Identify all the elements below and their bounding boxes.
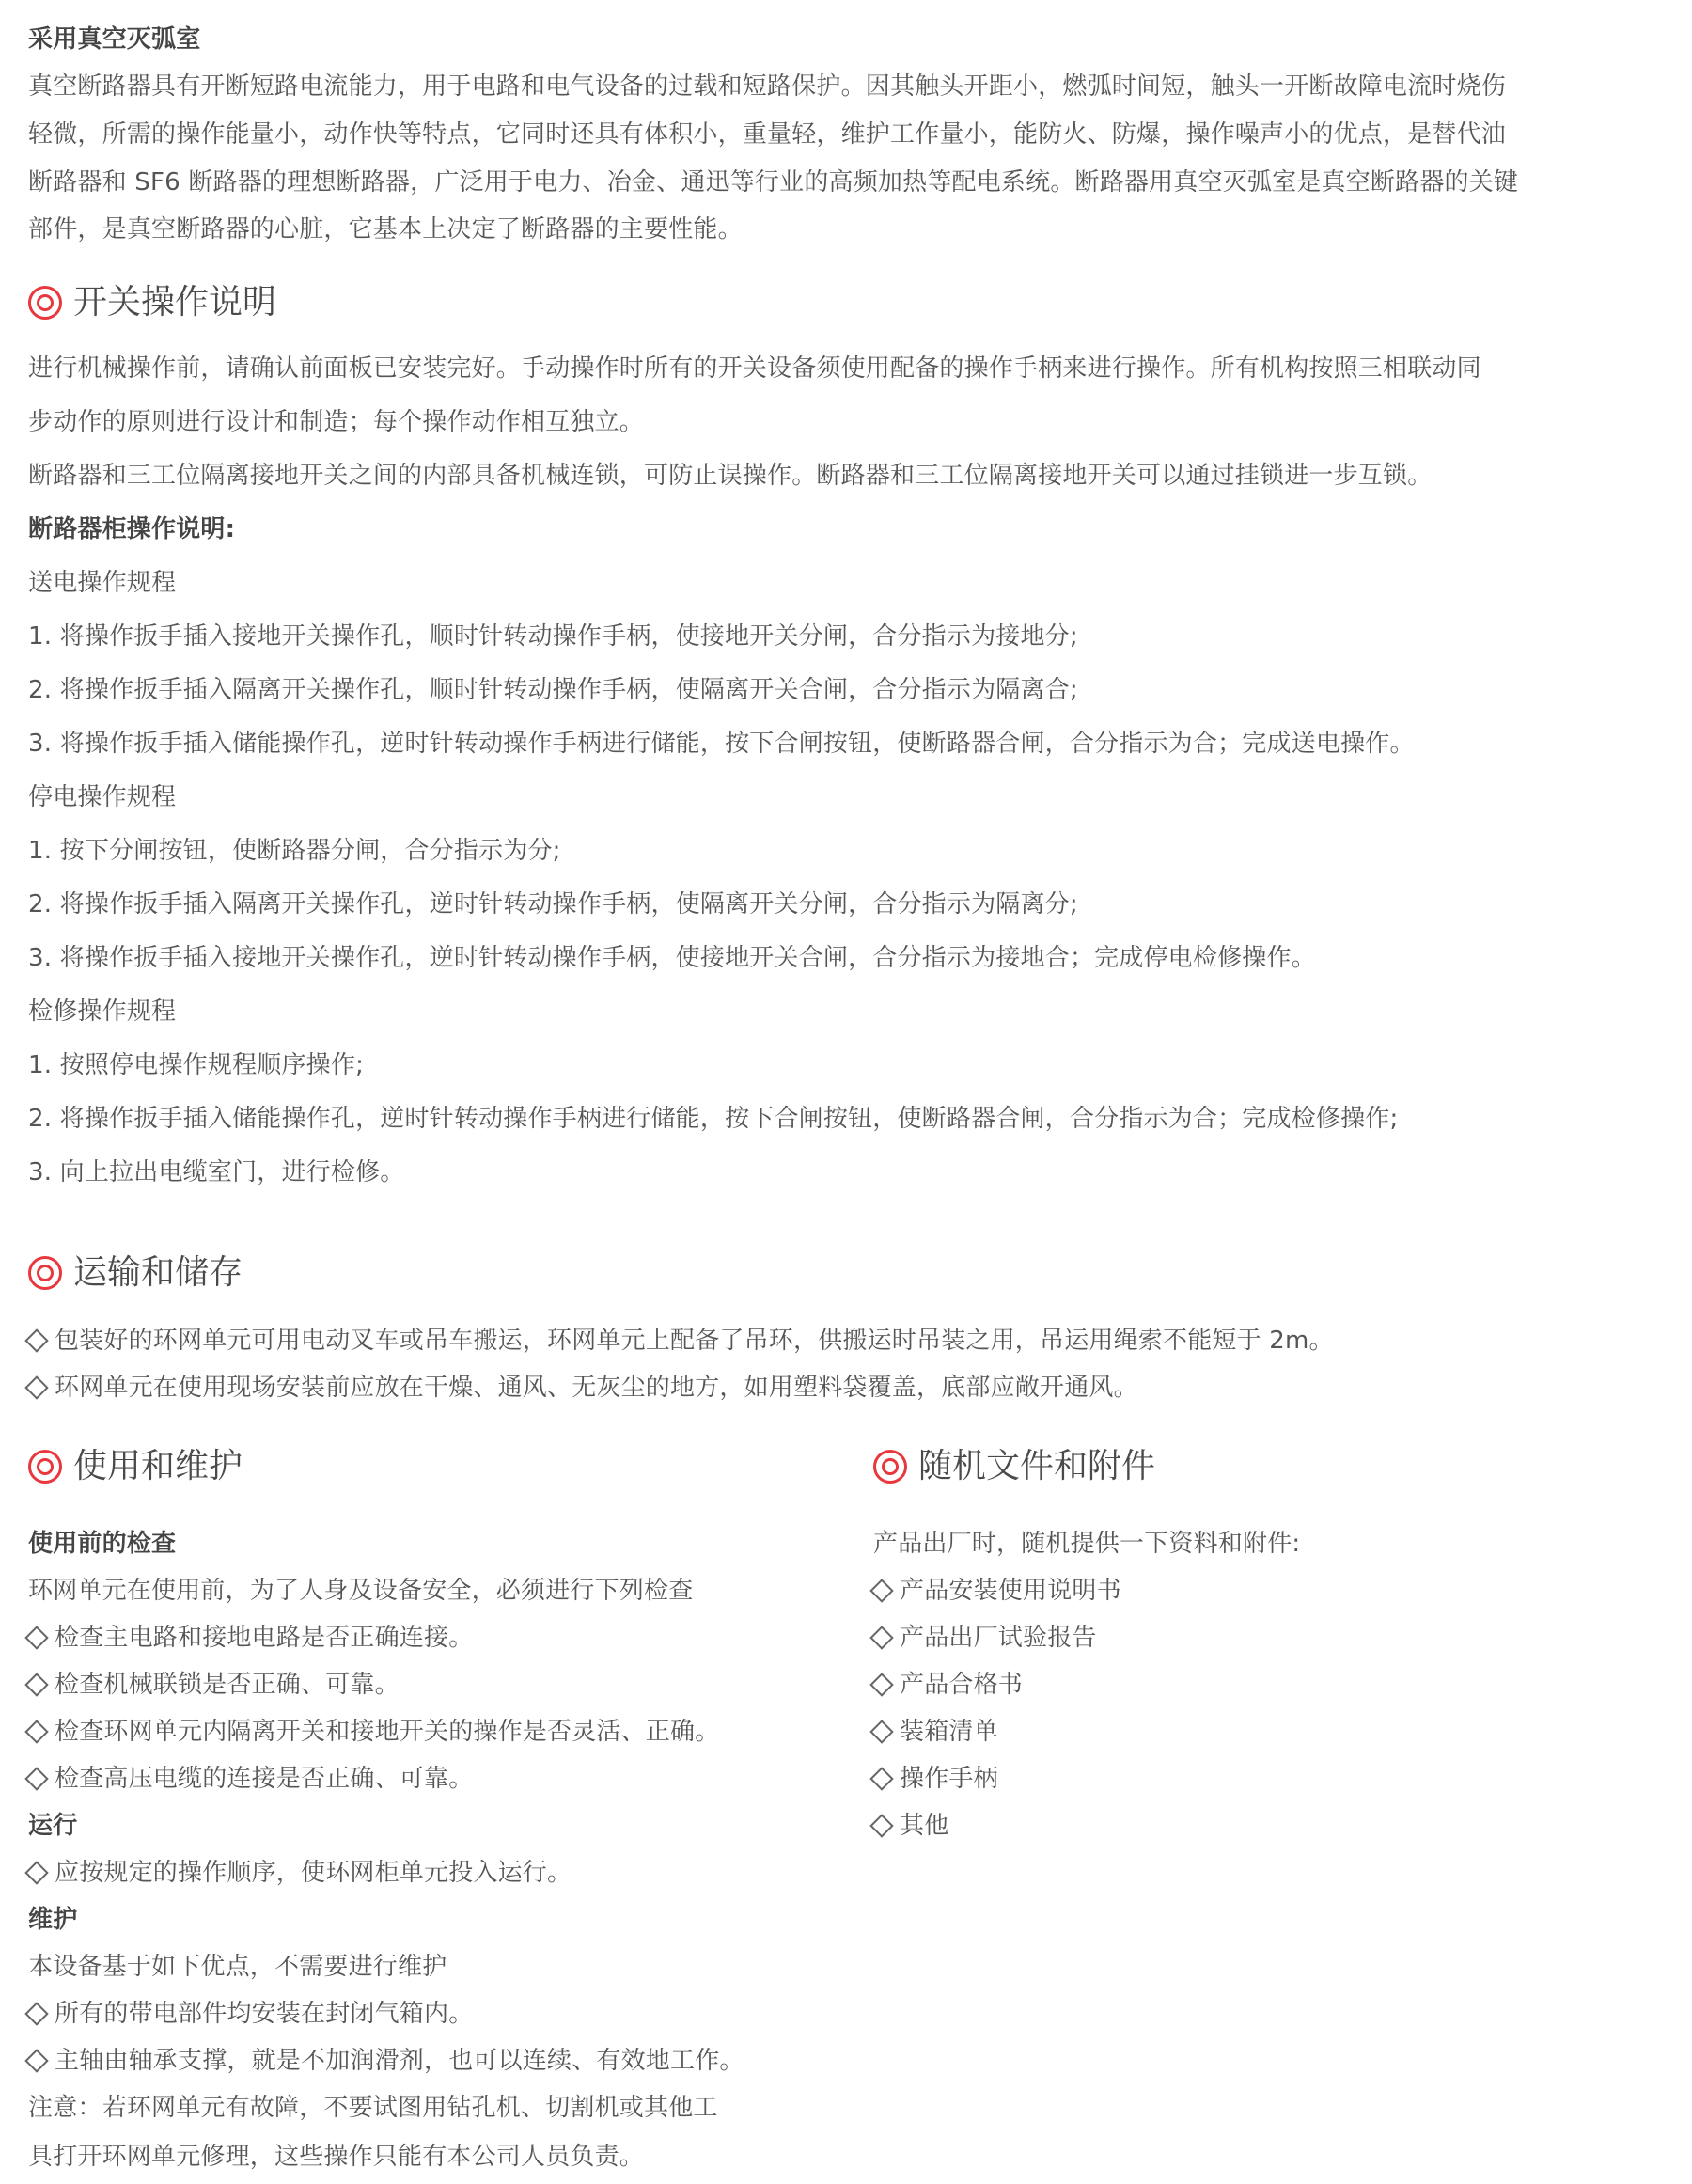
diamond-bullet-icon [24, 1328, 48, 1352]
double-circle-icon [28, 1256, 62, 1290]
accessory-item: 操作手柄 [868, 1764, 998, 1794]
diamond-bullet-icon [869, 1767, 893, 1790]
heading-text: 随机文件和附件 [918, 1446, 1155, 1487]
pre-check-item: 检查主电路和接地电路是否正确连接。 [23, 1623, 473, 1653]
double-circle-icon [28, 286, 62, 320]
intro-line: 轻微，所需的操作能量小，动作快等特点，它同时还具有体积小，重量轻，维护工作量小，… [28, 119, 1506, 149]
maintenance-title: 维护 [28, 1905, 77, 1935]
pre-check-item: 检查机械联锁是否正确、可靠。 [23, 1670, 399, 1700]
transport-item: 包装好的环网单元可用电动叉车或吊车搬运，环网单元上配备了吊环，供搬运时吊装之用，… [23, 1326, 1334, 1356]
power-on-step: 2. 将操作扳手插入隔离开关操作孔，顺时针转动操作手柄，使隔离开关合闸，合分指示… [28, 675, 1078, 705]
accessory-item: 产品合格书 [868, 1670, 1023, 1700]
accessory-item: 装箱清单 [868, 1717, 998, 1747]
section-heading-usage: 使用和维护 [28, 1446, 243, 1487]
diamond-bullet-icon [869, 1720, 893, 1743]
accessory-item: 产品安装使用说明书 [868, 1576, 1121, 1606]
interlock-paragraph: 断路器和三工位隔离接地开关之间的内部具备机械连锁，可防止误操作。断路器和三工位隔… [28, 461, 1432, 491]
power-on-step: 1. 将操作扳手插入接地开关操作孔，顺时针转动操作手柄，使接地开关分闸，合分指示… [28, 621, 1078, 652]
switch-ops-paragraph: 进行机械操作前，请确认前面板已安装完好。手动操作时所有的开关设备须使用配备的操作… [28, 354, 1481, 384]
power-off-step: 1. 按下分闸按钮，使断路器分闸，合分指示为分; [28, 836, 561, 866]
diamond-bullet-icon [24, 2002, 48, 2025]
diamond-bullet-icon [869, 1673, 893, 1696]
intro-line: 部件，是真空断路器的心脏，它基本上决定了断路器的主要性能。 [28, 214, 743, 244]
pre-check-intro: 环网单元在使用前，为了人身及设备安全，必须进行下列检查 [28, 1576, 693, 1606]
double-circle-icon [28, 1450, 62, 1484]
maintenance-item: 所有的带电部件均安装在封闭气箱内。 [23, 1999, 473, 2029]
maintenance-ops-step: 1. 按照停电操作规程顺序操作; [28, 1050, 364, 1080]
heading-text: 使用和维护 [73, 1446, 243, 1487]
heading-text: 运输和储存 [73, 1252, 243, 1294]
maintenance-intro: 本设备基于如下优点，不需要进行维护 [28, 1952, 446, 1982]
maintenance-note: 具打开环网单元修理，这些操作只能有本公司人员负责。 [28, 2142, 644, 2172]
diamond-bullet-icon [869, 1814, 893, 1837]
intro-line: 断路器和 SF6 断路器的理想断路器，广泛用于电力、冶金、通迅等行业的高频加热等… [28, 167, 1518, 197]
maintenance-ops-step: 3. 向上拉出电缆室门，进行检修。 [28, 1157, 404, 1187]
diamond-bullet-icon [24, 1720, 48, 1743]
power-on-title: 送电操作规程 [28, 568, 176, 598]
pre-check-item: 检查环网单元内隔离开关和接地开关的操作是否灵活、正确。 [23, 1717, 719, 1747]
diamond-bullet-icon [24, 1626, 48, 1649]
diamond-bullet-icon [869, 1579, 893, 1602]
diamond-bullet-icon [24, 1767, 48, 1790]
pre-check-title: 使用前的检查 [28, 1529, 176, 1559]
section-heading-switch-ops: 开关操作说明 [28, 282, 276, 323]
power-off-step: 2. 将操作扳手插入隔离开关操作孔，逆时针转动操作手柄，使隔离开关分闸，合分指示… [28, 889, 1078, 919]
maintenance-item: 主轴由轴承支撑，就是不加润滑剂，也可以连续、有效地工作。 [23, 2046, 744, 2076]
maintenance-note: 注意：若环网单元有故障，不要试图用钻孔机、切割机或其他工 [28, 2093, 718, 2123]
switch-ops-paragraph: 步动作的原则进行设计和制造；每个操作动作相互独立。 [28, 407, 644, 437]
power-on-step: 3. 将操作扳手插入储能操作孔，逆时针转动操作手柄进行储能，按下合闸按钮，使断路… [28, 729, 1415, 759]
section-heading-accessories: 随机文件和附件 [873, 1446, 1155, 1487]
section-heading-transport: 运输和储存 [28, 1252, 243, 1294]
diamond-bullet-icon [24, 1861, 48, 1884]
maintenance-ops-step: 2. 将操作扳手插入储能操作孔，逆时针转动操作手柄进行储能，按下合闸按钮，使断路… [28, 1104, 1398, 1134]
heading-text: 开关操作说明 [73, 282, 276, 323]
intro-line: 真空断路器具有开断短路电流能力，用于电路和电气设备的过载和短路保护。因其触头开距… [28, 71, 1506, 102]
diamond-bullet-icon [24, 1673, 48, 1696]
accessory-item: 其他 [868, 1811, 948, 1841]
accessories-intro: 产品出厂时，随机提供一下资料和附件: [873, 1529, 1300, 1559]
double-circle-icon [873, 1450, 907, 1484]
operation-title: 运行 [28, 1811, 77, 1841]
maintenance-ops-title: 检修操作规程 [28, 997, 176, 1027]
diamond-bullet-icon [24, 2049, 48, 2072]
pre-check-item: 检查高压电缆的连接是否正确、可靠。 [23, 1764, 473, 1794]
power-off-title: 停电操作规程 [28, 782, 176, 812]
intro-title: 采用真空灭弧室 [28, 24, 200, 55]
cabinet-ops-title: 断路器柜操作说明: [28, 514, 235, 544]
diamond-bullet-icon [869, 1626, 893, 1649]
operation-item: 应按规定的操作顺序，使环网柜单元投入运行。 [23, 1858, 572, 1888]
diamond-bullet-icon [24, 1375, 48, 1399]
power-off-step: 3. 将操作扳手插入接地开关操作孔，逆时针转动操作手柄，使接地开关合闸，合分指示… [28, 943, 1316, 973]
accessory-item: 产品出厂试验报告 [868, 1623, 1097, 1653]
transport-item: 环网单元在使用现场安装前应放在干燥、通风、无灰尘的地方，如用塑料袋覆盖，底部应敞… [23, 1373, 1138, 1403]
